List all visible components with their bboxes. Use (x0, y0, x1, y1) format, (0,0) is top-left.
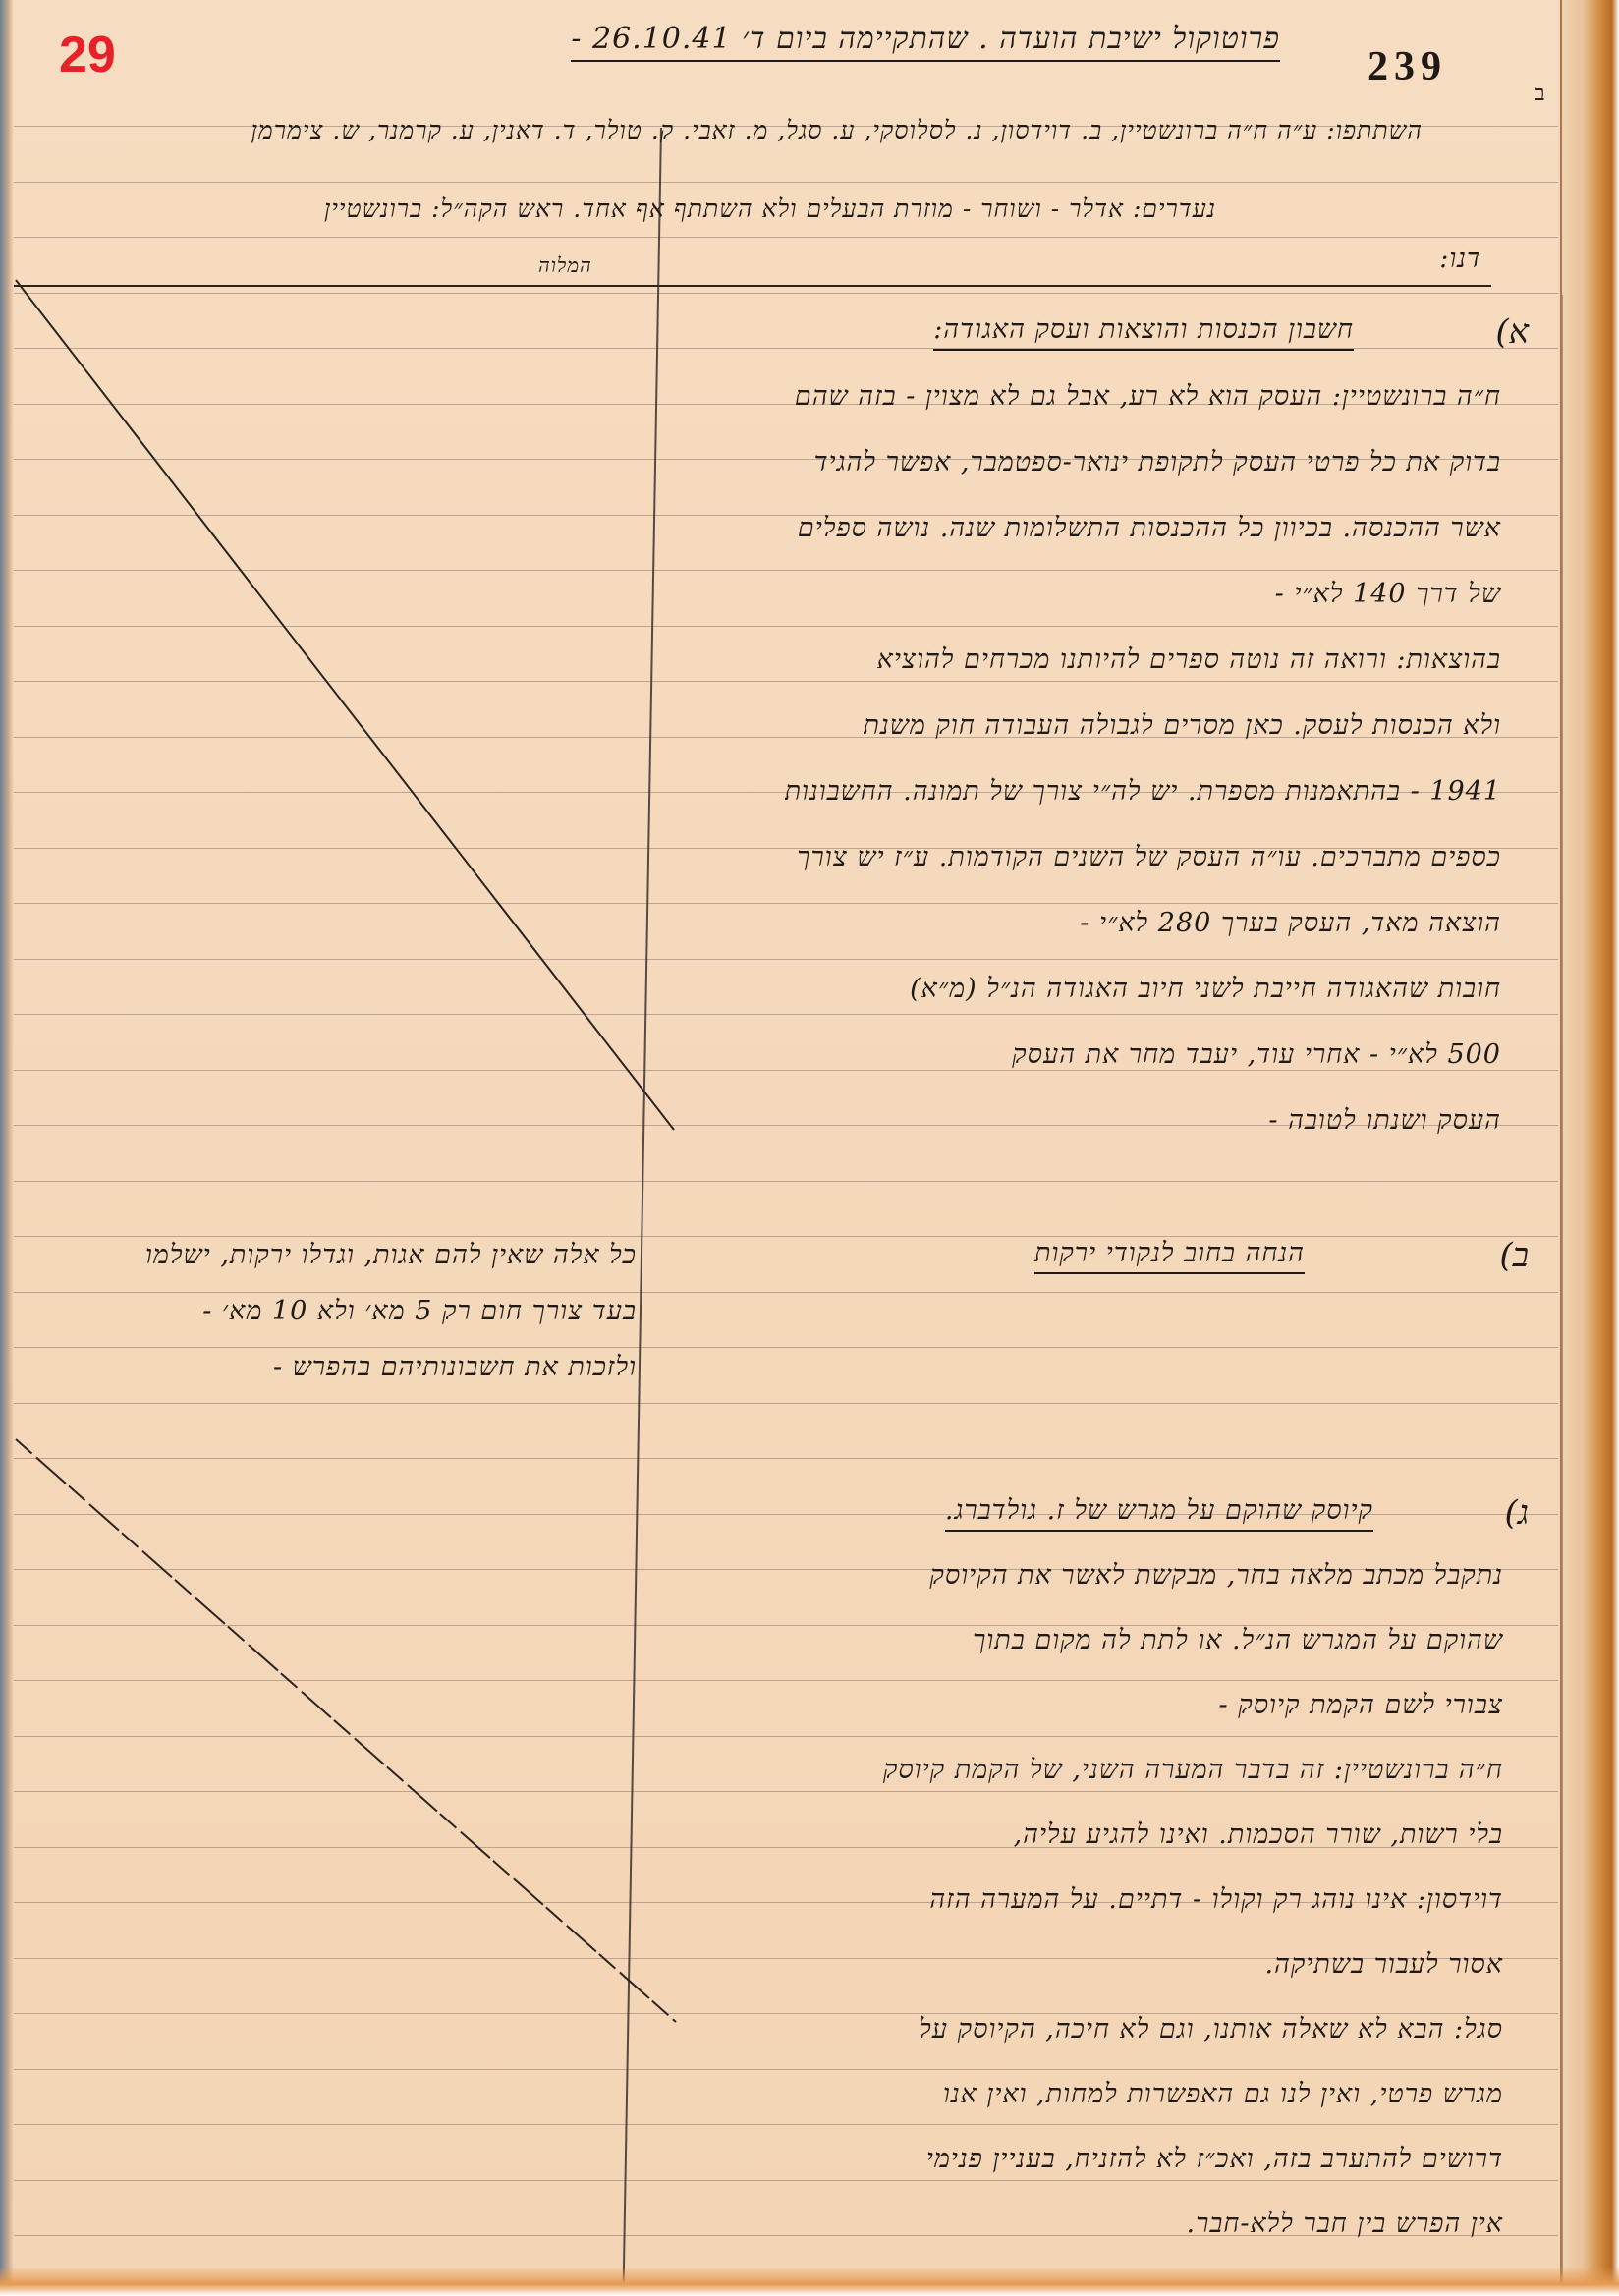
edge-mark: ב (1535, 81, 1545, 106)
page-bottom-edge (0, 2267, 1619, 2296)
ruled-line (14, 1014, 1558, 1015)
handwritten-line: ולזכות את חשבונותיהם בהפרש - (273, 1352, 637, 1382)
handwritten-line: אסור לעבור בשתיקה. (1264, 1949, 1503, 1980)
handwritten-line: אין הפרש בין חבר ללא-חבר. (1187, 2209, 1504, 2239)
column-divider (622, 128, 662, 2296)
section-number: ג) (1505, 1493, 1530, 1533)
section-number: א) (1495, 312, 1529, 352)
right-margin-line (1562, 295, 1563, 2296)
page-edge (1558, 0, 1619, 2296)
ruled-line (14, 2069, 1558, 2070)
ruled-line (14, 1458, 1558, 1459)
handwritten-line: 1941 - בהתאמנות מספרת. יש לה״י צורך של ת… (785, 776, 1501, 807)
ruled-line (14, 570, 1558, 571)
ruled-line (14, 1403, 1558, 1404)
absent-line: נעדרים: אדלר - ושוחר - מוזרת הבעלים ולא … (324, 195, 1216, 224)
ruled-line (14, 1791, 1558, 1792)
ruled-line (14, 237, 1558, 238)
handwritten-line: של דרך 140 לא״י - (1275, 579, 1501, 609)
handwritten-line: שהוקם על המגרש הנ״ל. או לתת לה מקום בתוך (973, 1625, 1503, 1655)
handwritten-line: צבורי לשם הקמת קיוסק - (1219, 1690, 1503, 1720)
section-number: ב) (1499, 1236, 1529, 1275)
absent-continuation: המלוה (538, 253, 592, 278)
handwritten-line: הוצאה מאד, העסק בערך 280 לא״י - (1080, 908, 1501, 938)
handwritten-line: חובות שהאגודה חייבת לשני חיוב האגודה הנ״… (910, 974, 1501, 1004)
ruled-line (14, 903, 1558, 904)
handwritten-line: ח״ה ברונשטיין: העסק הוא לא רע, אבל גם לא… (795, 381, 1501, 412)
page-number: 239 (1368, 43, 1447, 90)
handwritten-line: בדוק את כל פרטי העסק לתקופת ינואר-ספטמבר… (814, 447, 1501, 477)
handwritten-line: נתקבל מכתב מלאה בחר, מבקשת לאשר את הקיוס… (929, 1560, 1503, 1591)
handwritten-line: דרושים להתערב בזה, ואכ״ז לא להזניח, בעני… (926, 2144, 1503, 2174)
handwritten-line: ולא הכנסות לעסק. כאן מסרים לגבולה העבודה… (864, 710, 1501, 741)
handwritten-line: דוידסון: אינו נוהג רק וקולו - דתיים. על … (929, 1884, 1503, 1915)
handwritten-line: ח״ה ברונשטיין: זה בדבר המערה השני, של הק… (883, 1755, 1503, 1785)
ruled-line (14, 293, 1558, 294)
handwritten-line: כל אלה שאין להם אגות, וגדלו ירקות, ישלמו (145, 1240, 637, 1270)
book-binding (0, 0, 14, 2296)
ruled-line (14, 182, 1558, 183)
ruled-line (14, 1181, 1558, 1182)
ruled-line (14, 1236, 1558, 1237)
header-divider (14, 285, 1491, 287)
discussed-label: דנו: (1439, 244, 1481, 274)
ruled-line (14, 1347, 1558, 1348)
handwritten-line: בעד צורך חום רק 5 מא׳ ולא 10 מא׳ - (202, 1296, 637, 1326)
section-heading: חשבון הכנסות והוצאות ועסק האגודה: (933, 314, 1354, 351)
handwritten-line: מגרש פרטי, ואין לנו גם האפשרות למחות, וא… (943, 2079, 1503, 2109)
ruled-line (14, 2180, 1558, 2181)
ruled-line (14, 1070, 1558, 1071)
ruled-line (14, 626, 1558, 627)
participants-line: השתתפו: ע״ה ח״ה ברונשטיין, ב. דוידסון, נ… (251, 116, 1423, 145)
document-page: 29 239 ב פרוטוקול ישיבת הועדה . שהתקיימה… (0, 0, 1619, 2296)
handwritten-line: העסק ושנתו לטובה - (1268, 1105, 1501, 1136)
section-heading: הנחה בחוב לנקודי ירקות (1034, 1238, 1305, 1274)
handwritten-line: בלי רשות, שורר הסכמות. ואינו להגיע עליה, (1014, 1820, 1503, 1850)
archive-number: 29 (59, 26, 116, 84)
ruled-line (14, 1680, 1558, 1681)
ruled-line (14, 681, 1558, 682)
handwritten-line: בהוצאות: ורואה זה נוטה ספרים להיותנו מכר… (877, 644, 1501, 675)
ruled-line (14, 959, 1558, 960)
ruled-line (14, 1292, 1558, 1293)
handwritten-line: אשר ההכנסה. בכיוון כל ההכנסות התשלומות ש… (798, 513, 1501, 543)
ruled-line (14, 2124, 1558, 2125)
ruled-line (14, 1736, 1558, 1737)
handwritten-line: כספים מתברכים. עו״ה העסק של השנים הקודמו… (797, 842, 1501, 872)
section-heading: קיוסק שהוקם על מגרש של ז. גולדברג. (945, 1495, 1373, 1532)
protocol-title: פרוטוקול ישיבת הועדה . שהתקיימה ביום ד׳ … (571, 22, 1280, 62)
handwritten-line: סגל: הבא לא שאלה אותנו, וגם לא חיכה, הקי… (919, 2014, 1503, 2044)
handwritten-line: 500 לא״י - אחרי עוד, יעבד מחר את העסק (1012, 1039, 1501, 1070)
